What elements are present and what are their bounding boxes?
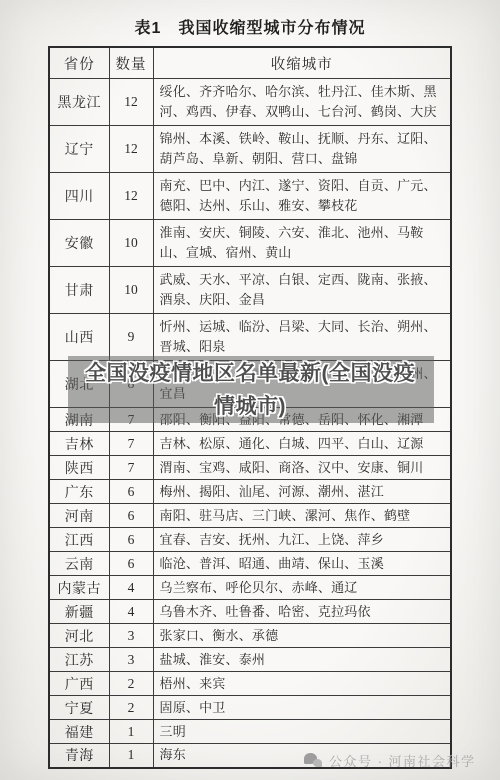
cities-cell: 忻州、运城、临汾、吕梁、大同、长治、朔州、晋城、阳泉: [153, 314, 451, 361]
province-cell: 青海: [49, 744, 109, 768]
count-cell: 4: [109, 576, 153, 600]
watermark-text: 公众号 · 河南社会科学: [329, 751, 476, 770]
province-cell: 辽宁: [49, 126, 109, 173]
count-cell: 12: [109, 79, 153, 126]
cities-cell: 宜春、吉安、抚州、九江、上饶、萍乡: [153, 528, 451, 552]
cities-cell: 绥化、齐齐哈尔、哈尔滨、牡丹江、佳木斯、黑河、鸡西、伊春、双鸭山、七台河、鹤岗、…: [153, 79, 451, 126]
count-cell: 7: [109, 432, 153, 456]
count-cell: 1: [109, 744, 153, 768]
province-cell: 河北: [49, 624, 109, 648]
count-cell: 12: [109, 173, 153, 220]
count-cell: 9: [109, 314, 153, 361]
table-body: 黑龙江 12 绥化、齐齐哈尔、哈尔滨、牡丹江、佳木斯、黑河、鸡西、伊春、双鸭山、…: [49, 79, 451, 768]
page-title: 表1 我国收缩型城市分布情况: [0, 15, 500, 38]
table-row: 四川 12 南充、巴中、内江、遂宁、资阳、自贡、广元、德阳、达州、乐山、雅安、攀…: [49, 173, 451, 220]
count-cell: 3: [109, 624, 153, 648]
table-row: 江西 6 宜春、吉安、抚州、九江、上饶、萍乡: [49, 528, 451, 552]
cities-cell: 梅州、揭阳、汕尾、河源、潮州、湛江: [153, 480, 451, 504]
table-row: 安徽 10 淮南、安庆、铜陵、六安、淮北、池州、马鞍山、宣城、宿州、黄山: [49, 220, 451, 267]
count-cell: 10: [109, 220, 153, 267]
cities-cell: 锦州、本溪、铁岭、鞍山、抚顺、丹东、辽阳、葫芦岛、阜新、朝阳、营口、盘锦: [153, 126, 451, 173]
cities-header: 收缩城市: [153, 47, 451, 79]
count-cell: 6: [109, 504, 153, 528]
province-cell: 甘肃: [49, 267, 109, 314]
province-cell: 江西: [49, 528, 109, 552]
table-row: 陕西 7 渭南、宝鸡、咸阳、商洛、汉中、安康、铜川: [49, 456, 451, 480]
province-header: 省份: [49, 47, 109, 79]
cities-cell: 渭南、宝鸡、咸阳、商洛、汉中、安康、铜川: [153, 456, 451, 480]
table-row: 山西 9 忻州、运城、临汾、吕梁、大同、长治、朔州、晋城、阳泉: [49, 314, 451, 361]
table-row: 辽宁 12 锦州、本溪、铁岭、鞍山、抚顺、丹东、辽阳、葫芦岛、阜新、朝阳、营口、…: [49, 126, 451, 173]
province-cell: 河南: [49, 504, 109, 528]
province-cell: 广西: [49, 672, 109, 696]
count-cell: 2: [109, 672, 153, 696]
overlay-headline-line2: 情城市): [40, 390, 460, 423]
count-cell: 2: [109, 696, 153, 720]
cities-cell: 武威、天水、平凉、白银、定西、陇南、张掖、酒泉、庆阳、金昌: [153, 267, 451, 314]
cities-cell: 张家口、衡水、承德: [153, 624, 451, 648]
table-row: 广西 2 梧州、来宾: [49, 672, 451, 696]
table-row: 广东 6 梅州、揭阳、汕尾、河源、潮州、湛江: [49, 480, 451, 504]
province-cell: 宁夏: [49, 696, 109, 720]
speech-bubbles-icon: [304, 753, 324, 769]
count-cell: 6: [109, 480, 153, 504]
cities-cell: 乌鲁木齐、吐鲁番、哈密、克拉玛依: [153, 600, 451, 624]
table-row: 吉林 7 吉林、松原、通化、白城、四平、白山、辽源: [49, 432, 451, 456]
count-header: 数量: [109, 47, 153, 79]
scanned-page-background: 表1 我国收缩型城市分布情况 省份 数量 收缩城市 黑龙江 12 绥化、齐齐哈尔…: [0, 0, 500, 780]
table-row: 内蒙古 4 乌兰察布、呼伦贝尔、赤峰、通辽: [49, 576, 451, 600]
province-cell: 福建: [49, 720, 109, 744]
cities-cell: 临沧、普洱、昭通、曲靖、保山、玉溪: [153, 552, 451, 576]
cities-cell: 盐城、淮安、泰州: [153, 648, 451, 672]
overlay-headline-line1: 全国没疫情地区名单最新(全国没疫: [40, 357, 460, 390]
province-cell: 新疆: [49, 600, 109, 624]
province-cell: 黑龙江: [49, 79, 109, 126]
count-cell: 6: [109, 552, 153, 576]
table-row: 福建 1 三明: [49, 720, 451, 744]
count-cell: 3: [109, 648, 153, 672]
table-row: 河南 6 南阳、驻马店、三门峡、漯河、焦作、鹤壁: [49, 504, 451, 528]
table-row: 甘肃 10 武威、天水、平凉、白银、定西、陇南、张掖、酒泉、庆阳、金昌: [49, 267, 451, 314]
table-header-row: 省份 数量 收缩城市: [49, 47, 451, 79]
table-row: 新疆 4 乌鲁木齐、吐鲁番、哈密、克拉玛依: [49, 600, 451, 624]
table-row: 河北 3 张家口、衡水、承德: [49, 624, 451, 648]
cities-cell: 南充、巴中、内江、遂宁、资阳、自贡、广元、德阳、达州、乐山、雅安、攀枝花: [153, 173, 451, 220]
table-row: 云南 6 临沧、普洱、昭通、曲靖、保山、玉溪: [49, 552, 451, 576]
cities-cell: 淮南、安庆、铜陵、六安、淮北、池州、马鞍山、宣城、宿州、黄山: [153, 220, 451, 267]
watermark: 公众号 · 河南社会科学: [304, 751, 476, 770]
province-cell: 内蒙古: [49, 576, 109, 600]
count-cell: 6: [109, 528, 153, 552]
cities-cell: 固原、中卫: [153, 696, 451, 720]
province-cell: 吉林: [49, 432, 109, 456]
province-cell: 江苏: [49, 648, 109, 672]
count-cell: 4: [109, 600, 153, 624]
table-row: 黑龙江 12 绥化、齐齐哈尔、哈尔滨、牡丹江、佳木斯、黑河、鸡西、伊春、双鸭山、…: [49, 79, 451, 126]
overlay-headline: 全国没疫情地区名单最新(全国没疫 情城市): [40, 357, 460, 423]
count-cell: 10: [109, 267, 153, 314]
cities-cell: 梧州、来宾: [153, 672, 451, 696]
cities-cell: 乌兰察布、呼伦贝尔、赤峰、通辽: [153, 576, 451, 600]
province-cell: 云南: [49, 552, 109, 576]
cities-cell: 南阳、驻马店、三门峡、漯河、焦作、鹤壁: [153, 504, 451, 528]
cities-cell: 吉林、松原、通化、白城、四平、白山、辽源: [153, 432, 451, 456]
count-cell: 1: [109, 720, 153, 744]
count-cell: 7: [109, 456, 153, 480]
province-cell: 安徽: [49, 220, 109, 267]
province-cell: 四川: [49, 173, 109, 220]
table-row: 宁夏 2 固原、中卫: [49, 696, 451, 720]
province-cell: 广东: [49, 480, 109, 504]
cities-cell: 三明: [153, 720, 451, 744]
count-cell: 12: [109, 126, 153, 173]
province-cell: 陕西: [49, 456, 109, 480]
table-row: 江苏 3 盐城、淮安、泰州: [49, 648, 451, 672]
province-cell: 山西: [49, 314, 109, 361]
